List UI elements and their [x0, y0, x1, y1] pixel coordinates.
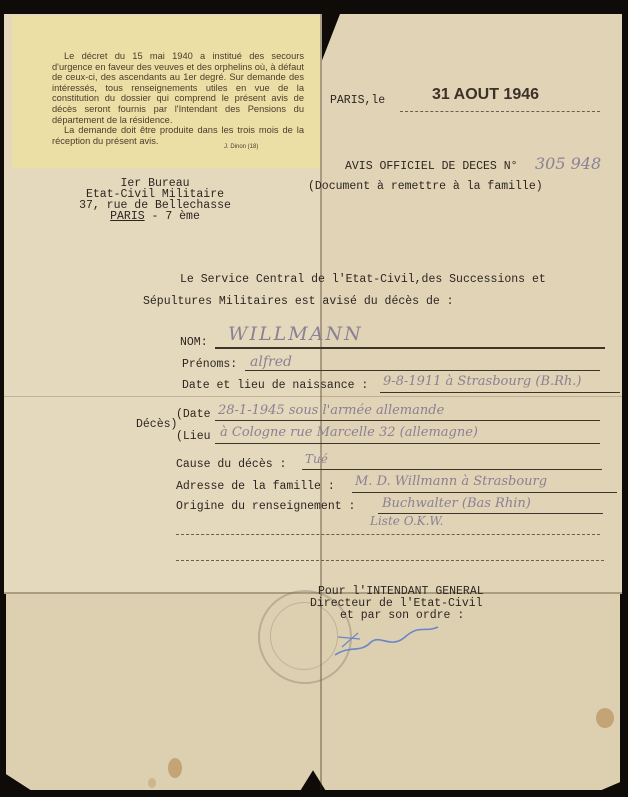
document-subtitle: (Document à remettre à la famille) — [308, 180, 543, 193]
blank-line-2 — [176, 560, 604, 561]
deces-date-underline — [215, 420, 600, 421]
signature-text: Lucas — [372, 630, 375, 631]
handwritten-signature — [330, 625, 440, 660]
intro-line-1: Le Service Central de l'Etat-Civil,des S… — [180, 273, 546, 286]
origine-value-2: Liste O.K.W. — [370, 514, 443, 528]
cause-underline — [302, 469, 602, 470]
deces-date-value: 28-1-1945 sous l'armée allemande — [218, 403, 444, 418]
date-line — [400, 111, 600, 112]
date-stamp: 31 AOUT 1946 — [432, 86, 539, 104]
cause-label: Cause du décès : — [176, 458, 286, 471]
certificate-number: 305 948 — [535, 154, 601, 173]
deces-lieu-label: (Lieu — [176, 430, 211, 443]
paper-stain — [596, 708, 614, 728]
cause-value: Tué — [305, 452, 328, 466]
naissance-underline — [380, 392, 620, 393]
prenoms-value: alfred — [250, 354, 292, 370]
document-title: AVIS OFFICIEL DE DECES N° — [345, 160, 518, 173]
nom-label: NOM: — [180, 336, 208, 349]
adresse-label: Adresse de la famille : — [176, 480, 335, 493]
issuer-address: Ier Bureau Etat-Civil Militaire 37, rue … — [40, 178, 270, 222]
naissance-value: 9-8-1911 à Strasbourg (B.Rh.) — [383, 374, 582, 389]
issuer-city: PARIS — [110, 210, 145, 223]
notice-paragraph-1: Le décret du 15 mai 1940 a institué des … — [52, 51, 304, 125]
deces-label: Décès) — [136, 418, 177, 431]
deces-date-label: (Date — [176, 408, 211, 421]
fold-line-middle — [4, 396, 622, 397]
issuer-district: - 7 ème — [145, 210, 200, 223]
adresse-underline — [352, 492, 617, 493]
naissance-label: Date et lieu de naissance : — [182, 379, 368, 392]
printed-notice-label: Le décret du 15 mai 1940 a institué des … — [12, 16, 320, 168]
adresse-value: M. D. Willmann à Strasbourg — [355, 474, 547, 489]
paper-stain — [168, 758, 182, 778]
paper-stain — [148, 778, 156, 788]
signature-line-3: et par son ordre : — [340, 609, 464, 622]
printer-mark: J. Dinon (18) — [224, 144, 258, 150]
place-label: PARIS,le — [330, 94, 385, 107]
origine-value: Buchwalter (Bas Rhin) — [382, 496, 531, 511]
prenoms-underline — [245, 370, 600, 371]
prenoms-label: Prénoms: — [182, 358, 237, 371]
deces-lieu-underline — [215, 443, 600, 444]
blank-line-1 — [176, 534, 600, 535]
nom-underline — [215, 347, 605, 349]
origine-label: Origine du renseignement : — [176, 500, 355, 513]
official-seal-inner-ring — [270, 602, 338, 670]
intro-line-2: Sépultures Militaires est avisé du décès… — [143, 295, 454, 308]
notice-paragraph-2: La demande doit être produite dans les t… — [52, 125, 304, 146]
nom-value: WILLMANN — [228, 323, 363, 345]
issuer-line-4: PARIS - 7 ème — [40, 211, 270, 222]
deces-lieu-value: à Cologne rue Marcelle 32 (allemagne) — [220, 425, 478, 440]
